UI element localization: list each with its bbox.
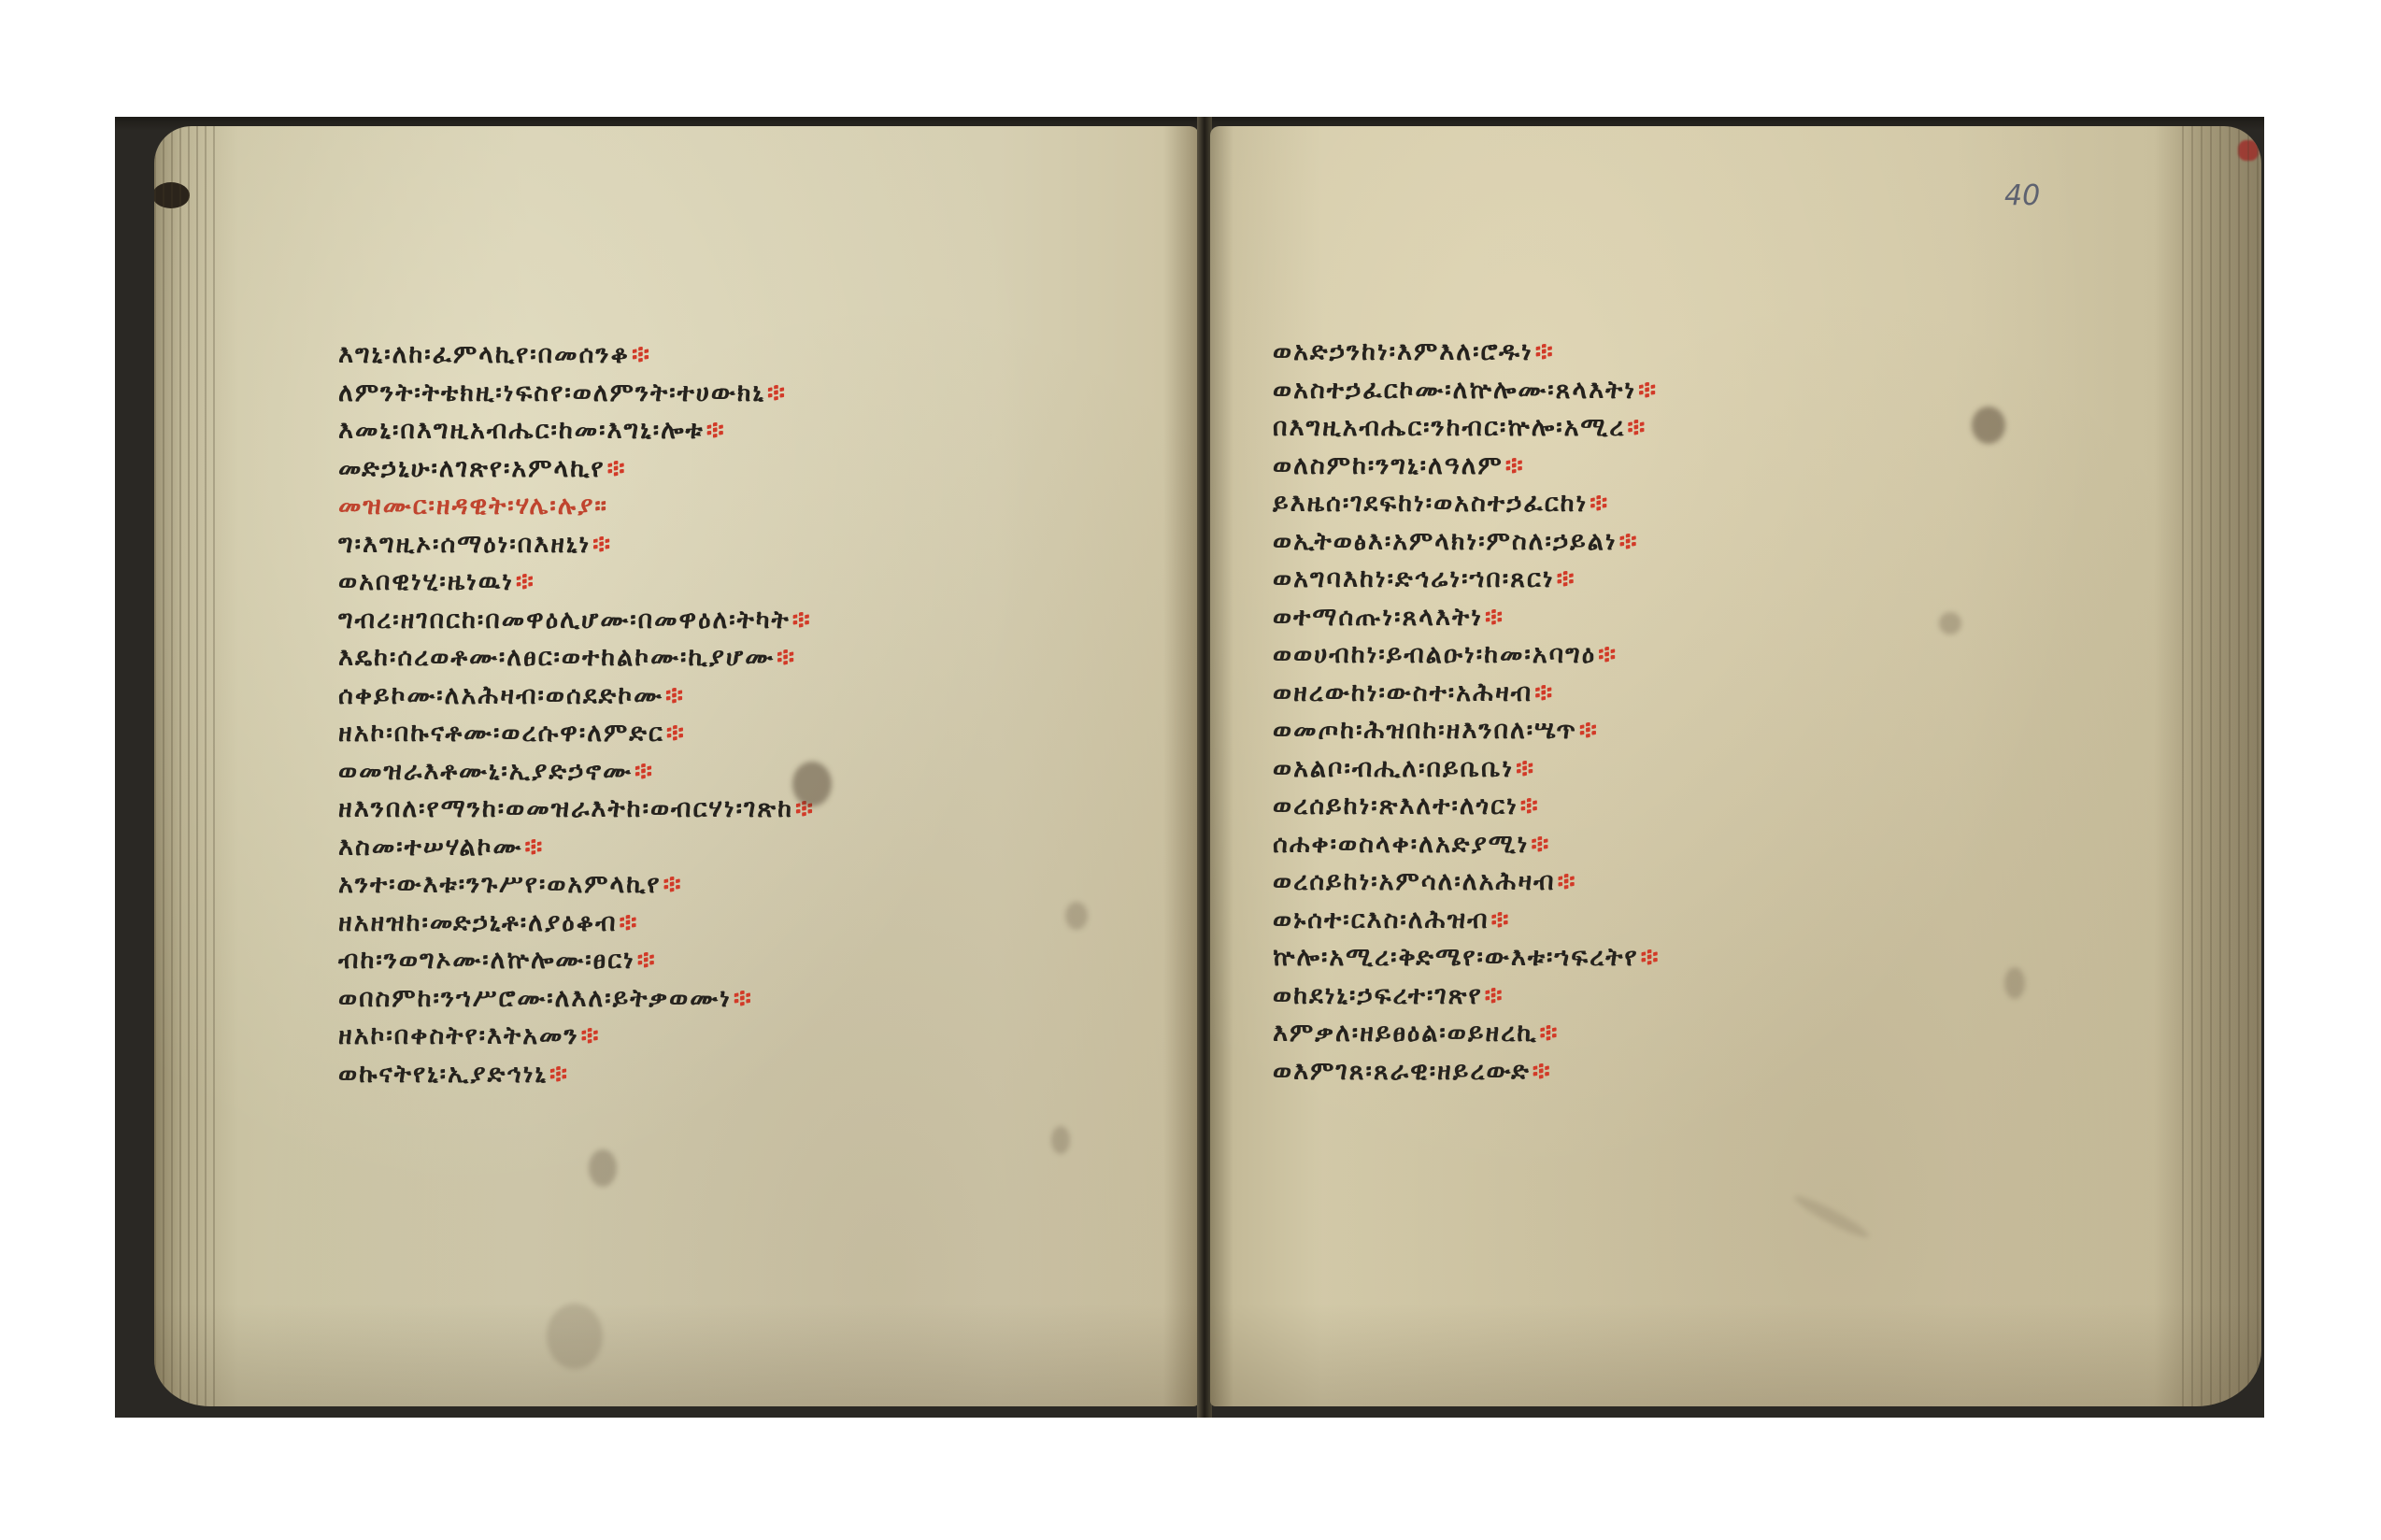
text-line: ወተማሰጡነ፡ጸላእትነ፨ [1273,599,1661,637]
red-punctuation-mark: ፨ [581,1021,601,1050]
text-line: ብከ፡ንወግኦሙ፡ለኵሎሙ፡ፀርነ፨ [338,942,815,980]
red-punctuation-mark: ፨ [1534,678,1554,707]
line-text: ግ፡እግዚኦ፡ሰማዕነ፡በእዘኒነ [338,530,591,559]
red-punctuation-mark: ፨ [592,530,612,559]
left-page-text: እግኒ፡ለከ፡ፈምላኪየ፡በመሰንቆ፨ለምንት፡ትቴክዚ፡ነፍስየ፡ወለምንት፡… [338,336,815,1093]
text-line: ወኩናትየኒ፡ኢያድኅነኒ፨ [338,1056,815,1094]
manuscript-photo: እግኒ፡ለከ፡ፈምላኪየ፡በመሰንቆ፨ለምንት፡ትቴክዚ፡ነፍስየ፡ወለምንት፡… [115,117,2264,1418]
ink-stain [2004,967,2025,999]
text-line: በእግዚአብሔር፡ንከብር፡ኵሎ፡አሚረ፨ [1273,409,1661,448]
text-line: ወኑሰተ፡ርእስ፡ለሕዝብ፨ [1273,902,1661,940]
text-line: እዴከ፡ሰረወቶሙ፡ለፀር፡ወተከልኮሙ፡ኪያሆሙ፨ [338,639,815,677]
line-text: ወእምገጸ፡ጸራዊ፡ዘይረውድ [1273,1057,1531,1086]
text-line: ወረሰይከነ፡ጽእለተ፡ለጎርነ፨ [1273,788,1661,826]
text-line: ወአድኃንከነ፡እምእለ፡ሮዱነ፨ [1273,334,1661,372]
line-text: ይእዜሰ፡ገደፍከነ፡ወአስተኃፈርከነ [1273,489,1588,518]
ink-stain [1065,902,1088,930]
line-text: እግኒ፡ለከ፡ፈምላኪየ፡በመሰንቆ [338,340,630,369]
red-punctuation-mark: ፨ [1590,489,1609,518]
line-text: ወለስምከ፡ንግኒ፡ለዓለም [1273,451,1504,480]
line-text: ወዘረውከነ፡ውስተ፡አሕዛብ [1273,678,1533,707]
folio-number: 40 [2004,179,2040,212]
line-text: ዘአኮ፡በኩናቶሙ፡ወረሱዋ፡ለምድር [338,719,664,748]
text-line: አንተ፡ውእቱ፡ንጉሥየ፡ወአምላኪየ፨ [338,866,815,905]
ink-stain [1972,406,2005,444]
line-text: ዘእንበለ፡የማንከ፡ወመዝራእትከ፡ወብርሃነ፡ገጽከ [338,794,793,823]
red-punctuation-mark: ፨ [767,378,787,407]
text-line: ወእምገጸ፡ጸራዊ፡ዘይረውድ፨ [1273,1053,1661,1091]
red-punctuation-mark: ፨ [1619,527,1639,556]
line-text: ወወሀብከነ፡ይብልዑነ፡ከመ፡አባግዕ [1273,640,1596,669]
text-line: ወበስምከ፡ንኀሥሮሙ፡ለእለ፡ይትቃወሙነ፨ [338,980,815,1019]
red-punctuation-mark: ፨ [1516,754,1535,783]
line-text: ወረሰይከነ፡ጽእለተ፡ለጎርነ [1273,791,1518,820]
text-line: ወአግባእከነ፡ድኅሬነ፡ኀበ፡ጸርነ፨ [1273,561,1661,599]
text-line: ወአስተኃፈርኮሙ፡ለኵሎሙ፡ጸላእትነ፨ [1273,372,1661,410]
line-text: ወመዝራእቶሙኒ፡ኢያድኃኖሙ [338,757,633,786]
red-punctuation-mark: ፨ [663,870,683,899]
ink-stain [792,762,832,806]
red-punctuation-mark: ፨ [549,1060,569,1089]
red-punctuation-mark: ፨ [1598,640,1618,669]
line-text: ወበስምከ፡ንኀሥሮሙ፡ለእለ፡ይትቃወሙነ [338,984,732,1013]
tear-mark [547,1304,603,1369]
line-text: ዘአዘዝከ፡መድኃኒቶ፡ለያዕቆብ [338,908,618,937]
text-line: ወወሀብከነ፡ይብልዑነ፡ከመ፡አባግዕ፨ [1273,636,1661,675]
ink-stain [1051,1126,1070,1154]
line-text: ሰቀይኮሙ፡ለአሕዛብ፡ወሰደድኮሙ [338,681,663,710]
red-punctuation-mark: ፨ [1558,867,1577,896]
red-punctuation-mark: ፨ [777,643,796,672]
line-text: ወኑሰተ፡ርእስ፡ለሕዝብ [1273,905,1490,934]
text-line: ሰሐቀ፡ወስላቀ፡ለአድያሚነ፨ [1273,826,1661,864]
text-line: ወረሰይከነ፡አምሳለ፡ለአሕዛብ፨ [1273,863,1661,902]
text-line: ግብረ፡ዘገበርከ፡በመዋዕሊሆሙ፡በመዋዕለ፡ትካት፨ [338,602,815,640]
text-line: እምቃለ፡ዘይፀዕል፡ወይዘረኪ፨ [1273,1015,1661,1053]
text-line: ሰቀይኮሙ፡ለአሕዛብ፡ወሰደድኮሙ፨ [338,677,815,716]
red-punctuation-mark: ፨ [634,757,654,786]
line-text: ወአግባእከነ፡ድኅሬነ፡ኀበ፡ጸርነ [1273,564,1555,593]
text-line: ወአበዊነሂ፡ዜነዉነ፨ [338,563,815,602]
text-line: ዘአኮ፡በኩናቶሙ፡ወረሱዋ፡ለምድር፨ [338,715,815,753]
red-punctuation-mark: ፨ [516,567,535,596]
text-line: እመኒ፡በእግዚአብሔር፡ከመ፡እግኒ፡ሎቱ፨ [338,412,815,450]
red-punctuation-mark: ፨ [637,946,657,975]
red-punctuation-mark: ፨ [1641,943,1661,972]
red-punctuation-mark: ፨ [1627,413,1647,442]
red-punctuation-mark: ፨ [1533,1057,1552,1086]
red-punctuation-mark: ፨ [632,340,651,369]
line-text: ወኢትወፅእ፡አምላክነ፡ምስለ፡ኃይልነ [1273,527,1618,556]
red-punctuation-mark: ፨ [1535,337,1555,366]
red-punctuation-mark: ፨ [1491,905,1511,934]
right-page: ወአድኃንከነ፡እምእለ፡ሮዱነ፨ወአስተኃፈርኮሙ፡ለኵሎሙ፡ጸላእትነ፨በእ… [1210,126,2261,1406]
line-text: እዴከ፡ሰረወቶሙ፡ለፀር፡ወተከልኮሙ፡ኪያሆሙ [338,643,775,672]
line-text: ወአስተኃፈርኮሙ፡ለኵሎሙ፡ጸላእትነ [1273,376,1636,405]
line-text: አንተ፡ውእቱ፡ንጉሥየ፡ወአምላኪየ [338,870,662,899]
line-text: ዘአኮ፡በቀስትየ፡እትአመን [338,1021,579,1050]
text-line: መዝሙር፡ዘዳዊት፡ሃሌ፡ሉያ። [338,488,815,526]
line-text: መዝሙር፡ዘዳዊት፡ሃሌ፡ሉያ። [338,492,608,520]
text-line: ዘእንበለ፡የማንከ፡ወመዝራእትከ፡ወብርሃነ፡ገጽከ፨ [338,791,815,829]
red-punctuation-mark: ፨ [1531,830,1550,859]
ink-stain [589,1149,617,1187]
text-line: ወከደነኒ፡ኃፍረተ፡ገጽየ፨ [1273,977,1661,1016]
text-line: ለምንት፡ትቴክዚ፡ነፍስየ፡ወለምንት፡ተሀውክኒ፨ [338,375,815,413]
line-text: ወረሰይከነ፡አምሳለ፡ለአሕዛብ [1273,867,1556,896]
red-punctuation-mark: ፨ [1505,451,1525,480]
text-line: ይእዜሰ፡ገደፍከነ፡ወአስተኃፈርከነ፨ [1273,485,1661,523]
text-line: እግኒ፡ለከ፡ፈምላኪየ፡በመሰንቆ፨ [338,336,815,375]
line-text: ብከ፡ንወግኦሙ፡ለኵሎሙ፡ፀርነ [338,946,635,975]
line-text: እመኒ፡በእግዚአብሔር፡ከመ፡እግኒ፡ሎቱ [338,416,705,445]
line-text: ወአበዊነሂ፡ዜነዉነ [338,567,514,596]
ink-stain [1939,612,1961,635]
red-punctuation-mark: ፨ [665,681,685,710]
line-text: ወአልቦ፡ብሒለ፡በይቤቤነ [1273,754,1514,783]
line-text: እምቃለ፡ዘይፀዕል፡ወይዘረኪ [1273,1019,1538,1048]
red-punctuation-mark: ፨ [792,606,812,635]
red-punctuation-mark: ፨ [1520,791,1540,820]
text-line: ወለስምከ፡ንግኒ፡ለዓለም፨ [1273,448,1661,486]
line-text: ወተማሰጡነ፡ጸላእትነ [1273,603,1483,632]
line-text: ወመጦከ፡ሕዝበከ፡ዘእንበለ፡ሤጥ [1273,716,1577,745]
red-punctuation-mark: ፨ [734,984,753,1013]
line-text: ለምንት፡ትቴክዚ፡ነፍስየ፡ወለምንት፡ተሀውክኒ [338,378,765,407]
red-punctuation-mark: ፨ [1485,603,1504,632]
text-line: እስመ፡ተሠሃልኮሙ፨ [338,829,815,867]
line-text: ኵሎ፡አሚረ፡ቅድሜየ፡ውእቱ፡ኀፍረትየ [1273,943,1639,972]
right-page-text: ወአድኃንከነ፡እምእለ፡ሮዱነ፨ወአስተኃፈርኮሙ፡ለኵሎሙ፡ጸላእትነ፨በእ… [1273,334,1661,1091]
line-text: ወኩናትየኒ፡ኢያድኅነኒ [338,1060,548,1089]
line-text: ሰሐቀ፡ወስላቀ፡ለአድያሚነ [1273,830,1529,859]
line-text: ወከደነኒ፡ኃፍረተ፡ገጽየ [1273,981,1483,1010]
text-line: መድኃኒሁ፡ለገጽየ፡አምላኪየ፨ [338,450,815,489]
red-punctuation-mark: ፨ [1557,564,1576,593]
red-punctuation-mark: ፨ [666,719,686,748]
left-page: እግኒ፡ለከ፡ፈምላኪየ፡በመሰንቆ፨ለምንት፡ትቴክዚ፡ነፍስየ፡ወለምንት፡… [154,126,1199,1406]
red-punctuation-mark: ፨ [620,908,639,937]
red-punctuation-mark: ፨ [1540,1019,1560,1048]
line-text: ወአድኃንከነ፡እምእለ፡ሮዱነ [1273,337,1533,366]
text-line: ኵሎ፡አሚረ፡ቅድሜየ፡ውእቱ፡ኀፍረትየ፨ [1273,939,1661,977]
text-line: ወመዝራእቶሙኒ፡ኢያድኃኖሙ፨ [338,753,815,791]
text-line: ወኢትወፅእ፡አምላክነ፡ምስለ፡ኃይልነ፨ [1273,523,1661,562]
text-line: ዘአዘዝከ፡መድኃኒቶ፡ለያዕቆብ፨ [338,905,815,943]
red-punctuation-mark: ፨ [1579,716,1599,745]
line-text: በእግዚአብሔር፡ንከብር፡ኵሎ፡አሚረ [1273,413,1625,442]
binding-tie [154,182,190,208]
red-thread-mark [2238,140,2259,161]
text-line: ግ፡እግዚኦ፡ሰማዕነ፡በእዘኒነ፨ [338,526,815,564]
line-text: እስመ፡ተሠሃልኮሙ [338,833,522,862]
red-punctuation-mark: ፨ [1485,981,1504,1010]
line-text: መድኃኒሁ፡ለገጽየ፡አምላኪየ [338,454,606,483]
red-punctuation-mark: ፨ [706,416,726,445]
text-line: ወአልቦ፡ብሒለ፡በይቤቤነ፨ [1273,750,1661,789]
text-line: ዘአኮ፡በቀስትየ፡እትአመን፨ [338,1018,815,1056]
smudge [1791,1191,1872,1243]
red-punctuation-mark: ፨ [1638,376,1658,405]
red-punctuation-mark: ፨ [607,454,627,483]
line-text: ግብረ፡ዘገበርከ፡በመዋዕሊሆሙ፡በመዋዕለ፡ትካት [338,606,791,635]
red-punctuation-mark: ፨ [524,833,544,862]
text-line: ወዘረውከነ፡ውስተ፡አሕዛብ፨ [1273,675,1661,713]
text-line: ወመጦከ፡ሕዝበከ፡ዘእንበለ፡ሤጥ፨ [1273,712,1661,750]
